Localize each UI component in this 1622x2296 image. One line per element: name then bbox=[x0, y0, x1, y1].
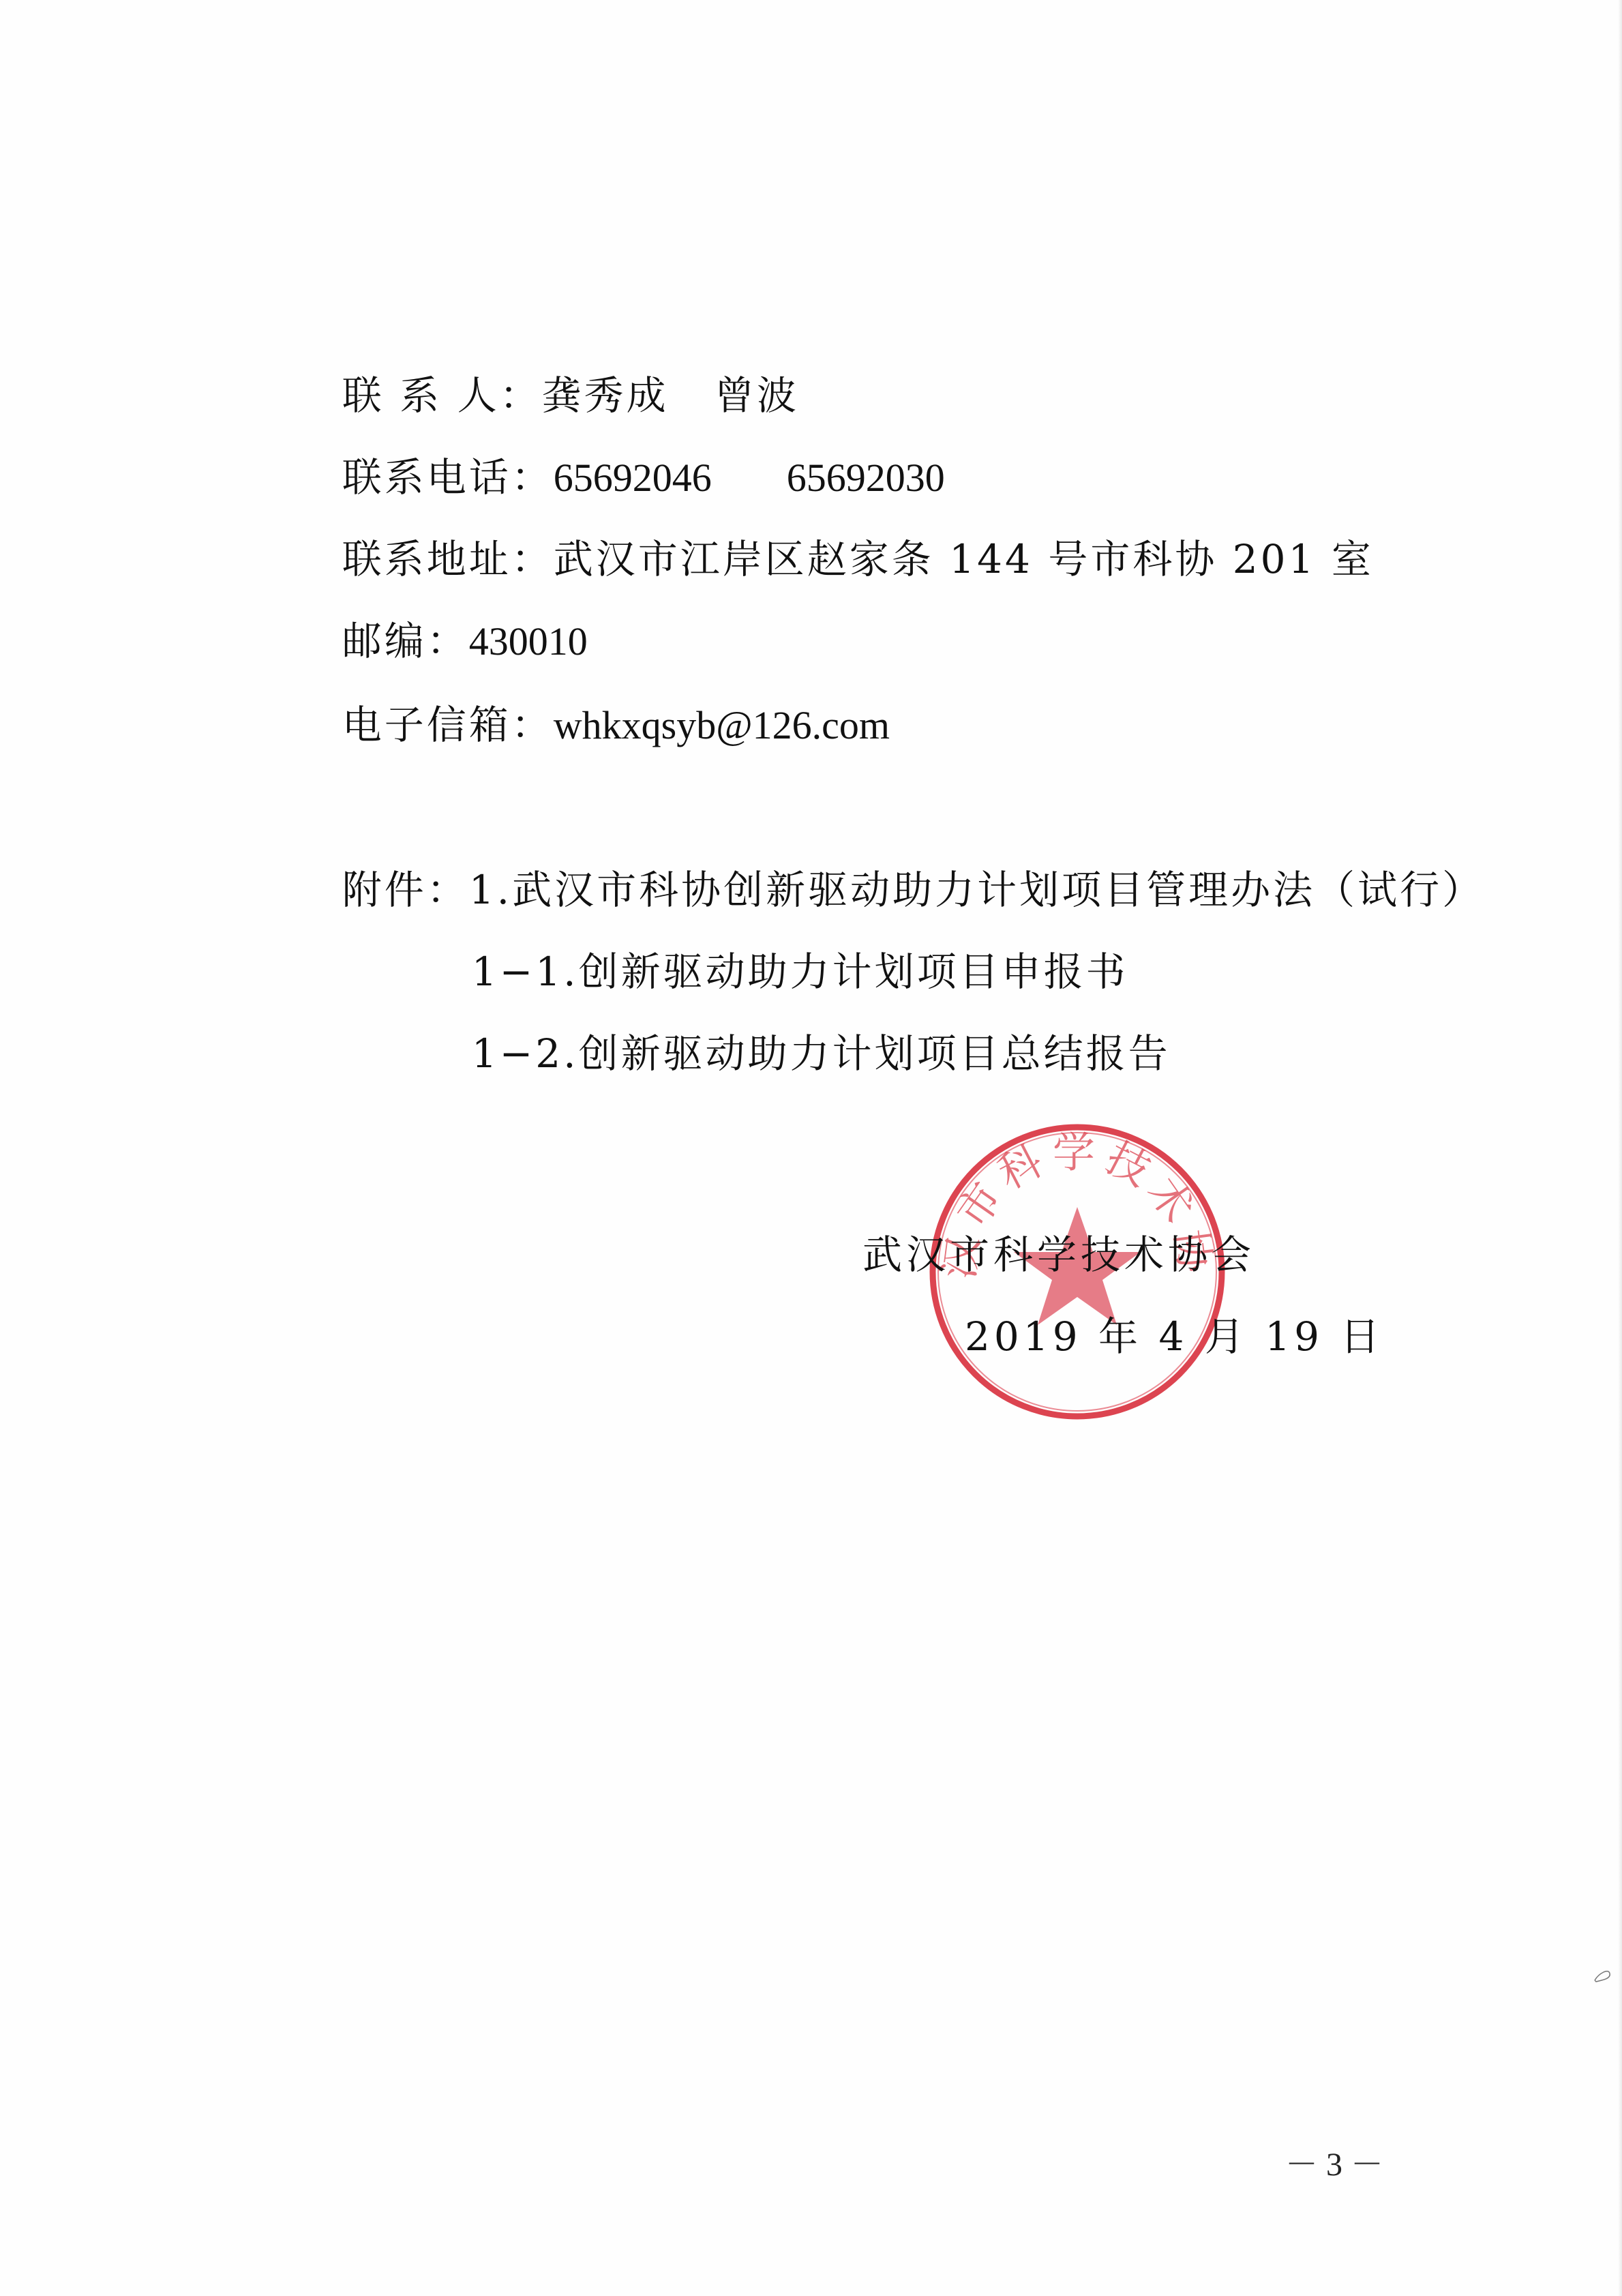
document-page: 联 系 人：龚秀成 曾波 联系电话：6569204665692030 联系地址：… bbox=[0, 0, 1622, 2296]
email-value[interactable]: whkxqsyb@126.com bbox=[554, 703, 890, 747]
pen-mark-icon bbox=[1592, 1964, 1612, 1984]
attachment-line-3: 1−2.创新驱动助力计划项目总结报告 bbox=[410, 982, 1171, 1125]
scan-edge bbox=[1618, 0, 1622, 2296]
signature-organization: 武汉市科学技术协会 bbox=[862, 1231, 1255, 1279]
signature-date: 2019 年 4 月 19 日 bbox=[965, 1313, 1384, 1360]
email-line: 电子信箱：whkxqsyb@126.com bbox=[281, 653, 890, 797]
contact-address-value: 武汉市江岸区赵家条 144 号市科协 201 室 bbox=[554, 536, 1374, 582]
email-label: 电子信箱： bbox=[342, 702, 554, 748]
page-number: － 3 － bbox=[1285, 2145, 1383, 2186]
attachment-item-3: 1−2.创新驱动助力计划项目总结报告 bbox=[472, 1030, 1171, 1077]
